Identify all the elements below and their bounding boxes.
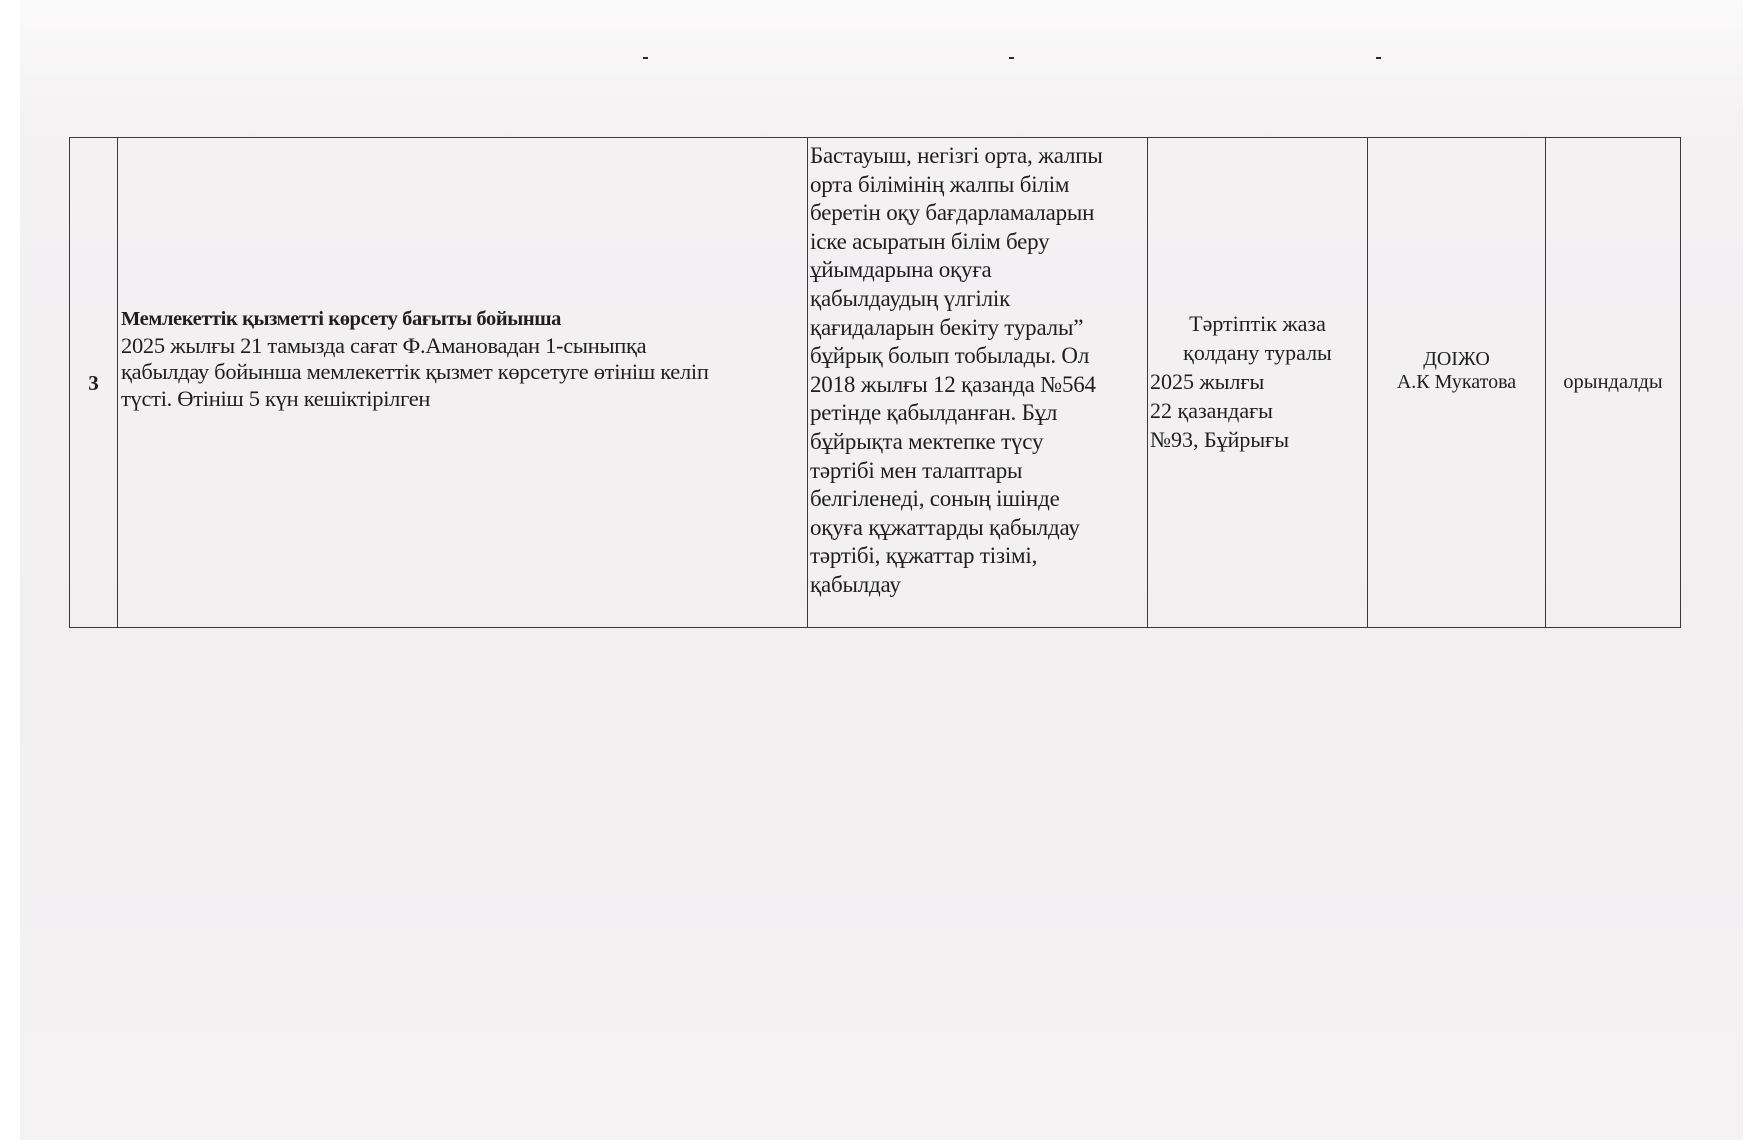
cell-order: Тәртіптік жаза қолдану туралы 2025 жылғы… <box>1148 138 1368 627</box>
cell-description: Мемлекеттік қызметті көрсету бағыты бойы… <box>118 138 808 627</box>
row-number: 3 <box>70 371 117 396</box>
basis-line: бұйрықта мектепке түсу <box>810 428 1143 457</box>
basis-line: орта білімінің жалпы білім <box>810 171 1143 200</box>
scan-mark <box>1009 57 1014 59</box>
order-detail-line: 2025 жылғы <box>1150 367 1365 396</box>
responsible-person: А.К Мукатова <box>1368 371 1545 394</box>
basis-line: тәртібі мен талаптары <box>810 457 1143 486</box>
basis-text: Бастауыш, негізгі орта, жалпы орта білім… <box>810 142 1143 600</box>
responsible-org: ДОІЖО <box>1368 348 1545 371</box>
order-detail-line: 22 қазандағы <box>1150 396 1365 425</box>
basis-line: ретінде қабылданған. Бұл <box>810 399 1143 428</box>
basis-line: ұйымдарына оқуға <box>810 256 1143 285</box>
basis-line: тәртібі, құжаттар тізімі, <box>810 542 1143 571</box>
basis-line: қабылдаудың үлгілік <box>810 285 1143 314</box>
basis-line: іске асыратын білім беру <box>810 228 1143 257</box>
order-title-line: Тәртіптік жаза <box>1150 309 1365 338</box>
cell-basis: Бастауыш, негізгі орта, жалпы орта білім… <box>808 138 1148 627</box>
basis-line: беретін оқу бағдарламаларын <box>810 199 1143 228</box>
basis-line: қабылдау <box>810 571 1143 600</box>
basis-line: 2018 жылғы 12 қазанда №564 <box>810 371 1143 400</box>
order-text: Тәртіптік жаза қолдану туралы 2025 жылғы… <box>1150 309 1365 454</box>
responsible-text: ДОІЖО А.К Мукатова <box>1368 348 1545 394</box>
basis-line: бұйрық болып тобылады. Ол <box>810 342 1143 371</box>
description-line: қабылдау бойынша мемлекеттік қызмет көрс… <box>121 359 803 386</box>
description-line: 2025 жылғы 21 тамызда сағат Ф.Амановадан… <box>121 333 803 360</box>
cell-status: орындалды <box>1546 138 1680 627</box>
order-title-line: қолдану туралы <box>1150 338 1365 367</box>
cell-number: 3 <box>70 138 118 627</box>
description-line: түсті. Өтініш 5 күн кешіктірілген <box>121 386 803 413</box>
description-heading: Мемлекеттік қызметті көрсету бағыты бойы… <box>121 306 803 333</box>
status-text: орындалды <box>1546 371 1680 394</box>
basis-line: қағидаларын бекіту туралы” <box>810 314 1143 343</box>
basis-line: белгіленеді, соның ішінде <box>810 485 1143 514</box>
description-text: Мемлекеттік қызметті көрсету бағыты бойы… <box>121 306 803 412</box>
order-detail-line: №93, Бұйрығы <box>1150 425 1365 454</box>
basis-line: оқуға құжаттарды қабылдау <box>810 514 1143 543</box>
report-table: 3 Мемлекеттік қызметті көрсету бағыты бо… <box>69 137 1681 628</box>
cell-responsible: ДОІЖО А.К Мукатова <box>1368 138 1546 627</box>
scan-mark <box>1376 57 1381 59</box>
basis-line: Бастауыш, негізгі орта, жалпы <box>810 142 1143 171</box>
scan-mark <box>643 57 648 59</box>
